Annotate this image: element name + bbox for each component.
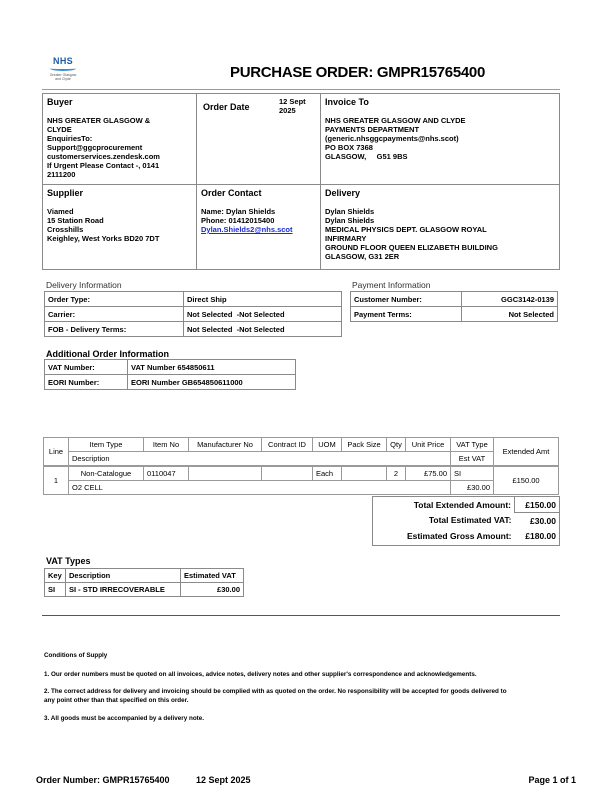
- section-divider: [42, 615, 560, 616]
- table-row: FOB - Delivery Terms:Not Selected -Not S…: [45, 322, 342, 337]
- order-date-label: Order Date: [203, 102, 250, 112]
- invoice-line: PO BOX 7368: [325, 143, 555, 152]
- delivery-line: GROUND FLOOR QUEEN ELIZABETH BUILDING: [325, 243, 555, 252]
- line-items-table: Line Item Type Item No Manufacturer No C…: [43, 437, 559, 495]
- condition-item-3: 3. All goods must be accompanied by a de…: [44, 715, 564, 724]
- buyer-line: CLYDE: [47, 125, 192, 134]
- order-contact-box: Order Contact Name: Dylan Shields Phone:…: [196, 184, 321, 270]
- invoice-to-heading: Invoice To: [325, 97, 555, 107]
- nhs-logo-text: NHS: [46, 56, 80, 66]
- logo-subtitle-2: and Clyde: [46, 77, 80, 81]
- header-row: Line Item Type Item No Manufacturer No C…: [44, 438, 559, 452]
- footer-date: 12 Sept 2025: [196, 775, 251, 785]
- item-description: O2 CELL: [69, 481, 451, 495]
- condition-item-1: 1. Our order numbers must be quoted on a…: [44, 671, 564, 680]
- col-qty: Qty: [387, 438, 406, 452]
- delivery-heading: Delivery: [325, 188, 555, 198]
- row-value: Not Selected -Not Selected: [184, 307, 342, 322]
- buyer-line: 2111200: [47, 170, 192, 179]
- row-label: FOB - Delivery Terms:: [45, 322, 184, 337]
- buyer-address: NHS GREATER GLASGOW & CLYDE EnquiriesTo:…: [47, 116, 192, 179]
- item-uom: Each: [313, 466, 342, 481]
- supplier-line: Keighley, West Yorks BD20 7DT: [47, 234, 192, 243]
- delivery-address: Dylan Shields Dylan Shields MEDICAL PHYS…: [325, 207, 555, 261]
- delivery-box: Delivery Dylan Shields Dylan Shields MED…: [320, 184, 560, 270]
- vat-types-table: Key Description Estimated VAT SI SI - ST…: [44, 568, 244, 597]
- col-uom: UOM: [313, 438, 342, 452]
- total-vat-label: Total Estimated VAT:: [373, 513, 515, 529]
- order-date-box: Order Date 12 Sept 2025: [196, 93, 321, 185]
- table-row: Carrier:Not Selected -Not Selected: [45, 307, 342, 322]
- supplier-line: Crosshills: [47, 225, 192, 234]
- totals-box: Total Extended Amount:£150.00 Total Esti…: [372, 496, 560, 546]
- item-unit-price: £75.00: [406, 466, 451, 481]
- header-row-2: Description Est VAT: [44, 452, 559, 467]
- col-estimated-vat: Estimated VAT: [181, 569, 244, 583]
- delivery-line: MEDICAL PHYSICS DEPT. GLASGOW ROYAL: [325, 225, 555, 234]
- col-pack-size: Pack Size: [342, 438, 387, 452]
- invoice-line: NHS GREATER GLASGOW AND CLYDE: [325, 116, 555, 125]
- buyer-box: Buyer NHS GREATER GLASGOW & CLYDE Enquir…: [42, 93, 197, 185]
- col-description: Description: [69, 452, 451, 467]
- order-date-value: 12 Sept 2025: [279, 97, 306, 115]
- invoice-line: GLASGOW, G51 9BS: [325, 152, 555, 161]
- invoice-line: PAYMENTS DEPARTMENT: [325, 125, 555, 134]
- col-extended-amt: Extended Amt: [494, 438, 559, 467]
- contact-email-link[interactable]: Dylan.Shields2@nhs.scot: [201, 225, 293, 234]
- row-value: Direct Ship: [184, 292, 342, 307]
- payment-info-heading: Payment Information: [352, 280, 430, 290]
- page-title: PURCHASE ORDER: GMPR15765400: [230, 64, 485, 81]
- delivery-line: Dylan Shields: [325, 207, 555, 216]
- conditions-heading: Conditions of Supply: [44, 652, 564, 661]
- buyer-line: If Urgent Please Contact -, 0141: [47, 161, 192, 170]
- row-value: EORI Number GB654850611000: [128, 375, 296, 390]
- table-row: SI SI - STD IRRECOVERABLE £30.00: [45, 583, 244, 597]
- table-row: EORI Number:EORI Number GB654850611000: [45, 375, 296, 390]
- contact-phone: Phone: 01412015400: [201, 216, 316, 225]
- table-row: Customer Number:GGC3142-0139: [351, 292, 558, 307]
- row-label: VAT Number:: [45, 360, 128, 375]
- footer-page-number: Page 1 of 1: [528, 775, 576, 785]
- row-label: Carrier:: [45, 307, 184, 322]
- col-vat-type: VAT Type: [451, 438, 494, 452]
- total-row: Estimated Gross Amount:£180.00: [373, 528, 559, 543]
- item-vat-type: SI: [451, 466, 494, 481]
- buyer-line: Support@ggcprocurement: [47, 143, 192, 152]
- supplier-line: Viamed: [47, 207, 192, 216]
- vat-estimated: £30.00: [181, 583, 244, 597]
- total-gross-value: £180.00: [515, 528, 560, 543]
- condition-item-2: 2. The correct address for delivery and …: [44, 688, 514, 705]
- additional-info-heading: Additional Order Information: [46, 349, 169, 359]
- row-label: Order Type:: [45, 292, 184, 307]
- item-est-vat: £30.00: [451, 481, 494, 495]
- buyer-line: customerservices.zendesk.com: [47, 152, 192, 161]
- delivery-line: Dylan Shields: [325, 216, 555, 225]
- row-value: GGC3142-0139: [462, 292, 558, 307]
- totals-table: Total Extended Amount:£150.00 Total Esti…: [373, 497, 559, 543]
- total-gross-label: Estimated Gross Amount:: [373, 528, 515, 543]
- table-row: VAT Number:VAT Number 654850611: [45, 360, 296, 375]
- payment-info-table: Customer Number:GGC3142-0139 Payment Ter…: [350, 291, 558, 322]
- vat-types-heading: VAT Types: [46, 556, 91, 566]
- supplier-address: Viamed 15 Station Road Crosshills Keighl…: [47, 207, 192, 243]
- item-type: Non-Catalogue: [69, 466, 144, 481]
- invoice-address: NHS GREATER GLASGOW AND CLYDE PAYMENTS D…: [325, 116, 555, 161]
- col-est-vat: Est VAT: [451, 452, 494, 467]
- total-row: Total Extended Amount:£150.00: [373, 497, 559, 513]
- item-pack-size: [342, 466, 387, 481]
- row-label: EORI Number:: [45, 375, 128, 390]
- buyer-line: EnquiriesTo:: [47, 134, 192, 143]
- row-label: Customer Number:: [351, 292, 462, 307]
- supplier-heading: Supplier: [47, 188, 192, 198]
- delivery-line: GLASGOW, G31 2ER: [325, 252, 555, 261]
- invoice-line: (generic.nhsggcpayments@nhs.scot): [325, 134, 555, 143]
- total-vat-value: £30.00: [515, 513, 560, 529]
- buyer-line: NHS GREATER GLASGOW &: [47, 116, 192, 125]
- col-item-type: Item Type: [69, 438, 144, 452]
- col-line: Line: [44, 438, 69, 467]
- col-manufacturer-no: Manufacturer No: [189, 438, 262, 452]
- footer-order-number: Order Number: GMPR15765400: [36, 775, 170, 785]
- supplier-box: Supplier Viamed 15 Station Road Crosshil…: [42, 184, 197, 270]
- row-value: Not Selected -Not Selected: [184, 322, 342, 337]
- col-unit-price: Unit Price: [406, 438, 451, 452]
- delivery-info-heading: Delivery Information: [46, 280, 122, 290]
- nhs-logo: NHS Greater Glasgow and Clyde: [46, 56, 80, 86]
- additional-info-table: VAT Number:VAT Number 654850611 EORI Num…: [44, 359, 296, 390]
- col-key: Key: [45, 569, 66, 583]
- total-extended-label: Total Extended Amount:: [373, 497, 515, 513]
- header-row: Key Description Estimated VAT: [45, 569, 244, 583]
- col-item-no: Item No: [144, 438, 189, 452]
- delivery-info-table: Order Type:Direct Ship Carrier:Not Selec…: [44, 291, 342, 337]
- buyer-heading: Buyer: [47, 97, 192, 107]
- item-no: 0110047: [144, 466, 189, 481]
- row-value: VAT Number 654850611: [128, 360, 296, 375]
- supplier-line: 15 Station Road: [47, 216, 192, 225]
- delivery-line: INFIRMARY: [325, 234, 555, 243]
- order-date-line: 2025: [279, 106, 306, 115]
- total-row: Total Estimated VAT:£30.00: [373, 513, 559, 529]
- order-contact-details: Name: Dylan Shields Phone: 01412015400 D…: [201, 207, 316, 234]
- order-contact-heading: Order Contact: [201, 188, 316, 198]
- table-row: 1 Non-Catalogue 0110047 Each 2 £75.00 SI…: [44, 466, 559, 481]
- vat-description: SI - STD IRRECOVERABLE: [66, 583, 181, 597]
- table-row: Order Type:Direct Ship: [45, 292, 342, 307]
- table-row-2: O2 CELL £30.00: [44, 481, 559, 495]
- item-contract-id: [262, 466, 313, 481]
- table-row: Payment Terms:Not Selected: [351, 307, 558, 322]
- item-extended-amt: £150.00: [494, 466, 559, 495]
- item-manufacturer-no: [189, 466, 262, 481]
- nhs-swoosh-icon: [50, 66, 76, 71]
- order-date-line: 12 Sept: [279, 97, 306, 106]
- item-qty: 2: [387, 466, 406, 481]
- col-description: Description: [66, 569, 181, 583]
- col-contract-id: Contract ID: [262, 438, 313, 452]
- header-divider: [42, 89, 560, 90]
- total-extended-value: £150.00: [515, 497, 560, 513]
- vat-key: SI: [45, 583, 66, 597]
- row-label: Payment Terms:: [351, 307, 462, 322]
- contact-name: Name: Dylan Shields: [201, 207, 316, 216]
- item-line: 1: [44, 466, 69, 495]
- invoice-to-box: Invoice To NHS GREATER GLASGOW AND CLYDE…: [320, 93, 560, 185]
- row-value: Not Selected: [462, 307, 558, 322]
